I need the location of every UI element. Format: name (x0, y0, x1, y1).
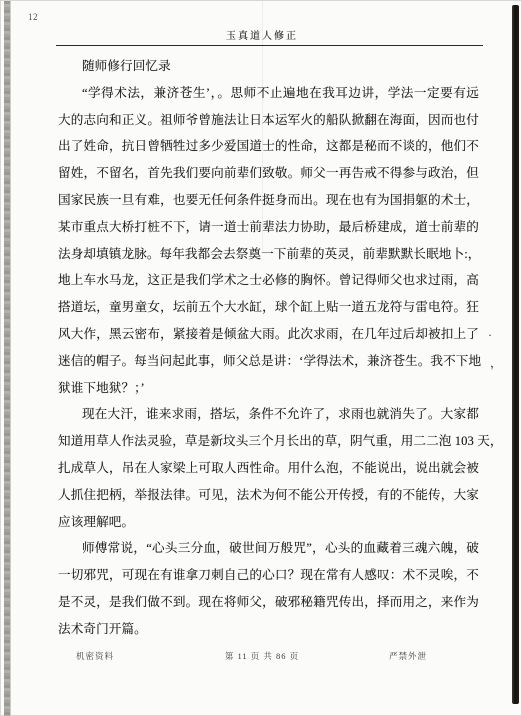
body-line: 应该理解吧。 (58, 509, 479, 536)
body-line: 法术奇门开篇。 (58, 616, 479, 643)
body-line: 搭道坛，童男童女，坛前五个大水缸，球个缸上贴一道五龙符与雷电符。狂 (58, 294, 479, 321)
body-line: 是不灵，是我们做不到。现在将师父，破邪秘籍咒传出，择而用之，来作为 (58, 589, 479, 616)
page-footer: 机密资料 第 11 页 共 86 页 严禁外泄 (1, 650, 522, 664)
header-rule (56, 45, 483, 46)
body-line: 扎成草人，吊在人家梁上可取人西性命。用什么泡，不能说出，说出就会被 (58, 455, 479, 482)
scanned-page: 12 玉真道人修正 随师修行回忆录“学得术法，兼济苍生’，。思师不止遍地在我耳边… (0, 0, 522, 716)
footer-classification-label: 机密资料 (76, 650, 114, 662)
corner-page-number: 12 (28, 12, 38, 22)
body-line: 某市重点大桥打桩不下，请一道士前辈法力协助，最后桥建成，道士前辈的 (58, 214, 479, 241)
body-line: 随师修行回忆录 (58, 53, 479, 80)
body-line: 迷信的帽子。每当问起此事，师父总是讲：‘学得法术，兼济苍生。我不下地 (58, 348, 479, 375)
body-line: 师傅常说，“心头三分血，破世间万般咒”，心头的血藏着三魂六魄，破 (58, 535, 479, 562)
body-line: 国家民族一旦有难，也要无任何条件挺身而出。现在也有为国捐躯的术士， (58, 187, 479, 214)
body-line: 风大作，黑云密布，紧接着是倾盆大雨。此次求雨，在几年过后却被扣上了 (58, 321, 479, 348)
left-scan-edge-decoration (4, 1, 11, 716)
body-line: 留姓，不留名，首先我们要向前辈们致敬。师父一再告戒不得参与政治，但 (58, 160, 479, 187)
body-line: 狱谁下地狱？；’ (58, 375, 479, 402)
footer-warning-label: 严禁外泄 (389, 650, 427, 662)
body-line: 出了姓命，抗日曾牺牲过多少爱国道士的性命，这都是秘而不谈的，他们不 (58, 133, 479, 160)
body-line: 一切邪咒，可现在有谁拿刀刺自己的心口？现在常有人感叹：术不灵唉，不 (58, 562, 479, 589)
body-line: 大的志向和正义。祖师爷曾施法让日本运军火的船队掀翻在海面，因而也付 (58, 107, 479, 134)
body-line: “学得术法，兼济苍生’，。思师不止遍地在我耳边讲，学法一定要有远 (58, 80, 479, 107)
body-line: 人抓住把柄，举报法律。可见，法术为何不能公开传授，有的不能传，大家 (58, 482, 479, 509)
body-line: 知道用草人作法灵验，草是新坟头三个月长出的草，阴气重，用二二泡 103 天， (58, 428, 479, 455)
footer-page-indicator: 第 11 页 共 86 页 (162, 650, 362, 662)
right-scan-edge-decoration (512, 5, 519, 704)
body-text: 随师修行回忆录“学得术法，兼济苍生’，。思师不止遍地在我耳边讲，学法一定要有远大… (58, 53, 479, 643)
body-line: 法身却填镇龙脉。每年我都会去祭奠一下前辈的英灵，前辈默默长眠地卜:， (58, 241, 479, 268)
body-line: 地上车水马龙，这正是我们学术之士必修的胸怀。曾记得师父也求过雨，高 (58, 267, 479, 294)
margin-mark-comma: ， (490, 354, 502, 371)
margin-mark-dot: · (488, 328, 492, 343)
header-title: 玉真道人修正 (1, 27, 522, 42)
body-line: 现在大汗，谁来求雨，搭坛，条件不允许了，求雨也就消失了。大家都 (58, 401, 479, 428)
